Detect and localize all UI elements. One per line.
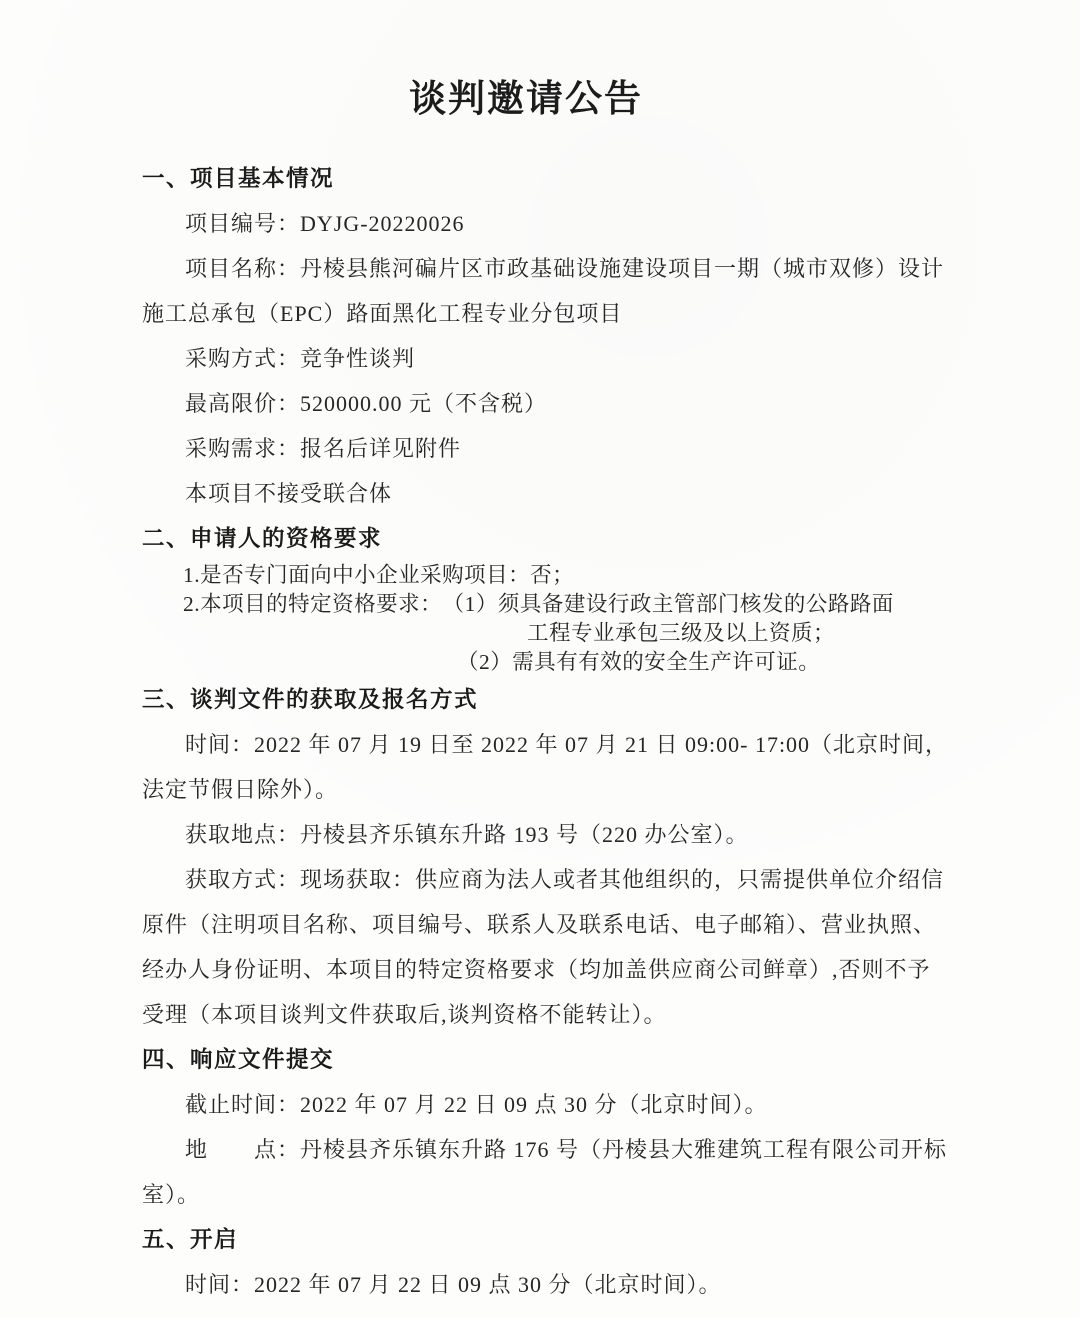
text-line: 法定节假日除外）。: [142, 767, 910, 812]
text-line: 工程专业承包三级及以上资质；: [142, 619, 910, 648]
section-heading: 五、开启: [142, 1217, 910, 1262]
text-line: 经办人身份证明、本项目的特定资格要求（均加盖供应商公司鲜章）,否则不予: [142, 947, 910, 992]
text-line: 采购方式：竞争性谈判: [142, 336, 910, 381]
document-body: 一、项目基本情况项目编号：DYJG-20220026项目名称：丹棱县熊河碥片区市…: [142, 156, 910, 1307]
text-line: 时间：2022 年 07 月 19 日至 2022 年 07 月 21 日 09…: [142, 722, 910, 767]
section-heading: 三、谈判文件的获取及报名方式: [142, 677, 910, 722]
scanned-document-page: 谈判邀请公告 一、项目基本情况项目编号：DYJG-20220026项目名称：丹棱…: [0, 0, 1080, 1317]
text-line: 采购需求：报名后详见附件: [142, 426, 910, 471]
text-line: 获取地点：丹棱县齐乐镇东升路 193 号（220 办公室）。: [142, 812, 910, 857]
section-heading: 一、项目基本情况: [142, 156, 910, 201]
text-line: 项目名称：丹棱县熊河碥片区市政基础设施建设项目一期（城市双修）设计: [142, 246, 910, 291]
text-line: 项目编号：DYJG-20220026: [142, 201, 910, 246]
section-heading: 四、响应文件提交: [142, 1037, 910, 1082]
text-line: 时间：2022 年 07 月 22 日 09 点 30 分（北京时间）。: [142, 1262, 910, 1307]
text-line: （2）需具有有效的安全生产许可证。: [142, 648, 910, 677]
text-line: 室）。: [142, 1172, 910, 1217]
text-line: 获取方式：现场获取：供应商为法人或者其他组织的，只需提供单位介绍信: [142, 857, 910, 902]
text-line: 原件（注明项目名称、项目编号、联系人及联系电话、电子邮箱）、营业执照、: [142, 902, 910, 947]
text-line: 受理（本项目谈判文件获取后,谈判资格不能转让）。: [142, 992, 910, 1037]
document-title: 谈判邀请公告: [142, 76, 910, 124]
text-line: 2.本项目的特定资格要求： （1）须具备建设行政主管部门核发的公路路面: [142, 590, 910, 619]
text-line: 本项目不接受联合体: [142, 471, 910, 516]
text-line: 截止时间：2022 年 07 月 22 日 09 点 30 分（北京时间）。: [142, 1082, 910, 1127]
text-line: 施工总承包（EPC）路面黑化工程专业分包项目: [142, 291, 910, 336]
text-line: 最高限价：520000.00 元（不含税）: [142, 381, 910, 426]
section-heading: 二、申请人的资格要求: [142, 516, 910, 561]
text-line: 地 点：丹棱县齐乐镇东升路 176 号（丹棱县大雅建筑工程有限公司开标: [142, 1127, 910, 1172]
text-line: 1.是否专门面向中小企业采购项目：否；: [142, 561, 910, 590]
